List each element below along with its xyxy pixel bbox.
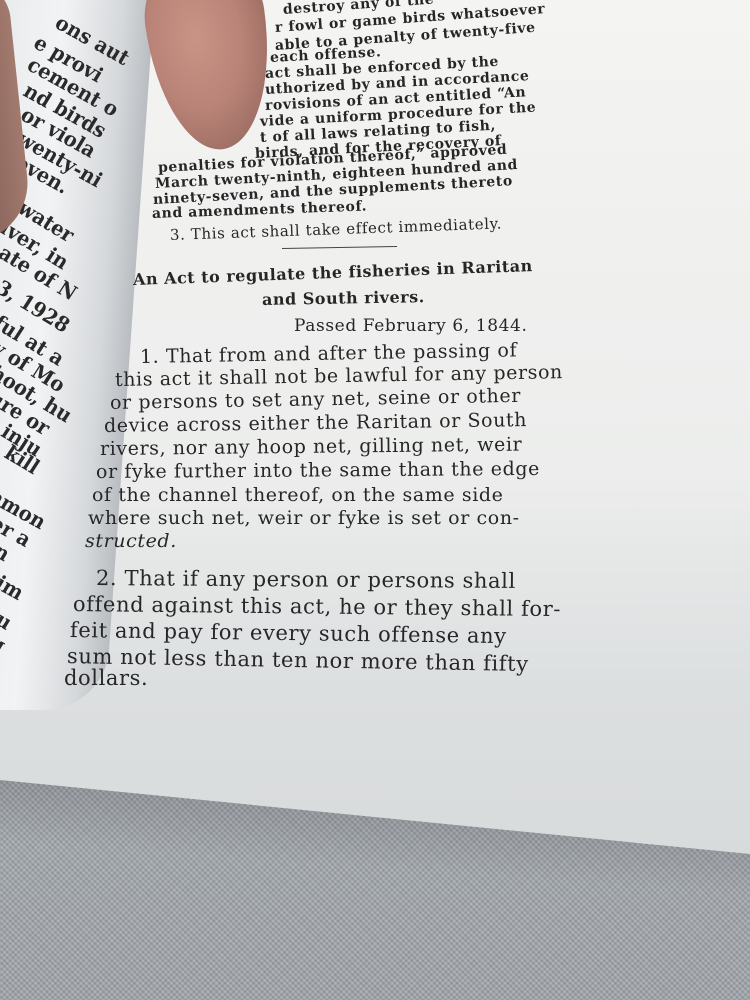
text-line: 2. That if any person or persons shall [96,566,516,593]
text-line: rivers, nor any hoop net, gilling net, w… [100,434,522,460]
act-title-line-2: and South rivers. [262,287,425,309]
text-line: dollars. [64,666,148,690]
text-line: of the channel thereof, on the same side [92,484,504,506]
text-line: where such net, weir or fyke is set or c… [88,507,520,529]
passed-date: Passed February 6, 1844. [294,316,527,336]
left-fragment: ; lim [0,560,28,605]
left-fragment: s o [0,650,6,686]
text-line: or fyke further into the same than the e… [96,458,540,483]
text-line: structed. [85,530,177,552]
text-line: offend against this act, he or they shal… [73,592,561,621]
